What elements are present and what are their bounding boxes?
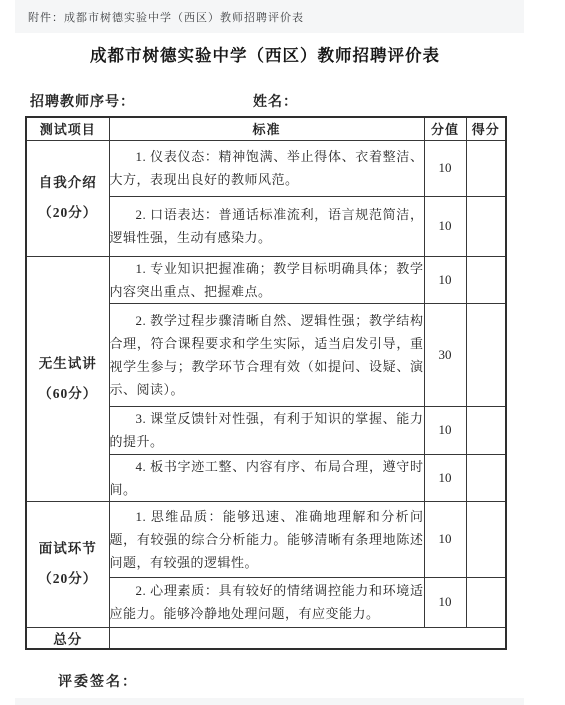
earned-score-cell bbox=[466, 140, 506, 196]
criterion-text: 1. 思维品质：能够迅速、准确地理解和分析问题，有较强的综合分析能力。能够清晰有… bbox=[109, 501, 424, 577]
points-value: 30 bbox=[424, 303, 466, 406]
column-header-earned: 得分 bbox=[466, 117, 506, 140]
bottom-section-divider bbox=[15, 698, 524, 705]
group-name: 面试环节 bbox=[27, 534, 109, 564]
table-row: 自我介绍 （20分） 1. 仪表仪态：精神饱满、举止得体、衣着整洁、大方，表现出… bbox=[26, 140, 506, 196]
evaluation-table: 测试项目 标准 分值 得分 自我介绍 （20分） 1. 仪表仪态：精神饱满、举止… bbox=[25, 116, 507, 650]
table-row: 面试环节 （20分） 1. 思维品质：能够迅速、准确地理解和分析问题，有较强的综… bbox=[26, 501, 506, 577]
row-group-label-interview: 面试环节 （20分） bbox=[26, 501, 109, 627]
criterion-text: 4. 板书字迹工整、内容有序、布局合理，遵守时间。 bbox=[109, 454, 424, 501]
earned-score-cell bbox=[466, 454, 506, 501]
criterion-text: 1. 仪表仪态：精神饱满、举止得体、衣着整洁、大方，表现出良好的教师风范。 bbox=[109, 140, 424, 196]
page-title: 成都市树德实验中学（西区）教师招聘评价表 bbox=[25, 42, 505, 66]
points-value: 10 bbox=[424, 256, 466, 303]
criterion-text: 1. 专业知识把握准确；教学目标明确具体；教学内容突出重点、把握难点。 bbox=[109, 256, 424, 303]
group-points: （20分） bbox=[27, 564, 109, 594]
row-group-label-trial-lecture: 无生试讲 （60分） bbox=[26, 256, 109, 501]
earned-score-cell bbox=[466, 303, 506, 406]
table-header-row: 测试项目 标准 分值 得分 bbox=[26, 117, 506, 140]
total-row: 总分 bbox=[26, 627, 506, 649]
form-fields-line: 招聘教师序号： 姓名： bbox=[0, 91, 565, 109]
group-points: （20分） bbox=[27, 198, 109, 228]
points-value: 10 bbox=[424, 577, 466, 627]
earned-score-cell bbox=[466, 406, 506, 454]
table-row: 无生试讲 （60分） 1. 专业知识把握准确；教学目标明确具体；教学内容突出重点… bbox=[26, 256, 506, 303]
earned-score-cell bbox=[466, 577, 506, 627]
criterion-text: 3. 课堂反馈针对性强，有利于知识的掌握、能力的提升。 bbox=[109, 406, 424, 454]
column-header-criterion: 标准 bbox=[109, 117, 424, 140]
total-score-label: 总分 bbox=[26, 627, 109, 649]
points-value: 10 bbox=[424, 454, 466, 501]
earned-score-cell bbox=[466, 501, 506, 577]
column-header-points: 分值 bbox=[424, 117, 466, 140]
criterion-text: 2. 教学过程步骤清晰自然、逻辑性强；教学结构合理，符合课程要求和学生实际，适当… bbox=[109, 303, 424, 406]
group-name: 自我介绍 bbox=[27, 168, 109, 198]
column-header-item: 测试项目 bbox=[26, 117, 109, 140]
name-label: 姓名： bbox=[253, 91, 298, 111]
total-score-cell bbox=[109, 627, 506, 649]
points-value: 10 bbox=[424, 406, 466, 454]
earned-score-cell bbox=[466, 196, 506, 256]
points-value: 10 bbox=[424, 140, 466, 196]
attachment-bar: 附件：成都市树德实验中学（西区）教师招聘评价表 bbox=[15, 0, 524, 33]
points-value: 10 bbox=[424, 501, 466, 577]
attachment-label: 附件：成都市树德实验中学（西区）教师招聘评价表 bbox=[28, 9, 304, 25]
group-name: 无生试讲 bbox=[27, 349, 109, 379]
points-value: 10 bbox=[424, 196, 466, 256]
group-points: （60分） bbox=[27, 379, 109, 409]
earned-score-cell bbox=[466, 256, 506, 303]
criterion-text: 2. 口语表达：普通话标准流利，语言规范简洁，逻辑性强，生动有感染力。 bbox=[109, 196, 424, 256]
criterion-text: 2. 心理素质：具有较好的情绪调控能力和环境适应能力。能够冷静地处理问题，有应变… bbox=[109, 577, 424, 627]
row-group-label-self-intro: 自我介绍 （20分） bbox=[26, 140, 109, 256]
serial-number-label: 招聘教师序号： bbox=[30, 91, 135, 111]
judge-signature-label: 评委签名： bbox=[58, 671, 138, 691]
document-page: { "page": { "attachment_line": "附件：成都市树德… bbox=[0, 0, 565, 705]
